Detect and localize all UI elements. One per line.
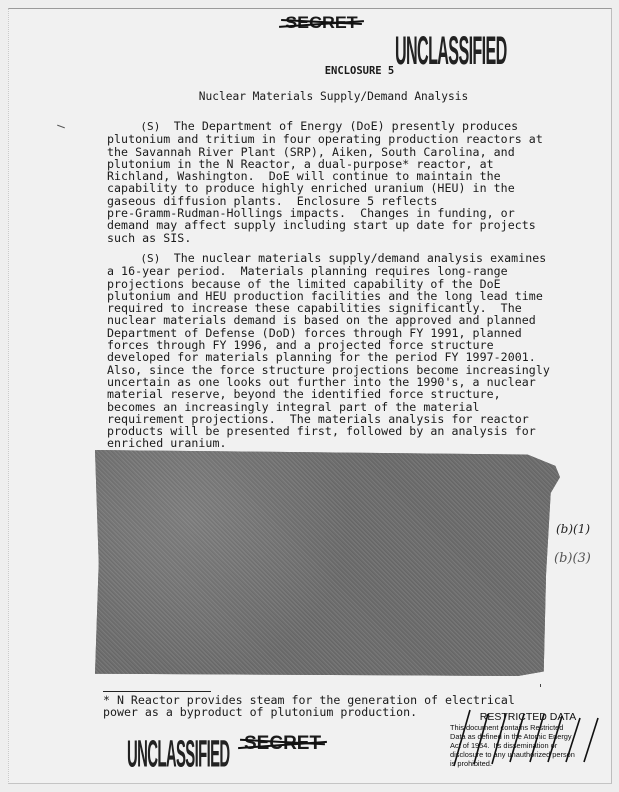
stray-mark — [540, 684, 541, 687]
paragraph-1: (S) The Department of Energy (DoE) prese… — [107, 120, 557, 244]
struck-secret-stamp-bottom: SECRET — [244, 733, 321, 755]
paragraph-2: (S) The nuclear materials supply/demand … — [107, 252, 557, 450]
enclosure-title: ENCLOSURE 5 — [50, 65, 619, 77]
text-line: plutonium and tritium in four operating … — [107, 133, 557, 145]
classification-marking: (S) — [107, 252, 174, 265]
text-line: material reserve, beyond the identified … — [107, 388, 557, 400]
text-line: (S) The Department of Energy (DoE) prese… — [107, 120, 557, 133]
text-line: a 16-year period. Materials planning req… — [107, 265, 557, 277]
text-line: developed for materials planning for the… — [107, 351, 557, 363]
redaction-code-b1: (b)(1) — [556, 522, 590, 536]
document-subtitle: Nuclear Materials Supply/Demand Analysis — [24, 90, 619, 103]
text-line: becomes an increasingly integral part of… — [107, 401, 557, 413]
classification-marking: (S) — [107, 120, 174, 133]
struck-secret-stamp-top: SECRET — [285, 13, 357, 33]
restricted-data-body: This document contains RestrictedData as… — [450, 723, 608, 768]
footnote-rule — [103, 691, 211, 692]
unclassified-stamp-bottom: UNCLASSIFIED — [127, 733, 230, 778]
restricted-data-line: disclosure to any unauthorized person — [450, 750, 608, 759]
text-line: such as SIS. — [107, 232, 557, 244]
text-line: capability to produce highly enriched ur… — [107, 182, 557, 194]
restricted-data-line: This document contains Restricted — [450, 723, 608, 732]
restricted-data-line: is prohibited. — [450, 759, 608, 768]
text-line: nuclear materials demand is based on the… — [107, 314, 557, 326]
text-line: (S) The nuclear materials supply/demand … — [107, 252, 557, 265]
redaction-code-b3: (b)(3) — [554, 551, 591, 566]
text-line: demand may affect supply including start… — [107, 219, 557, 231]
restricted-data-line: Data as defined in the Atomic Energy — [450, 732, 608, 741]
text-line: enriched uranium. — [107, 437, 557, 449]
restricted-data-stamp: RESTRICTED DATA This document contains R… — [448, 711, 608, 768]
restricted-data-title: RESTRICTED DATA — [448, 711, 608, 723]
redacted-block — [95, 450, 560, 676]
restricted-data-line: Act of 1954. Its dissemination or — [450, 741, 608, 750]
